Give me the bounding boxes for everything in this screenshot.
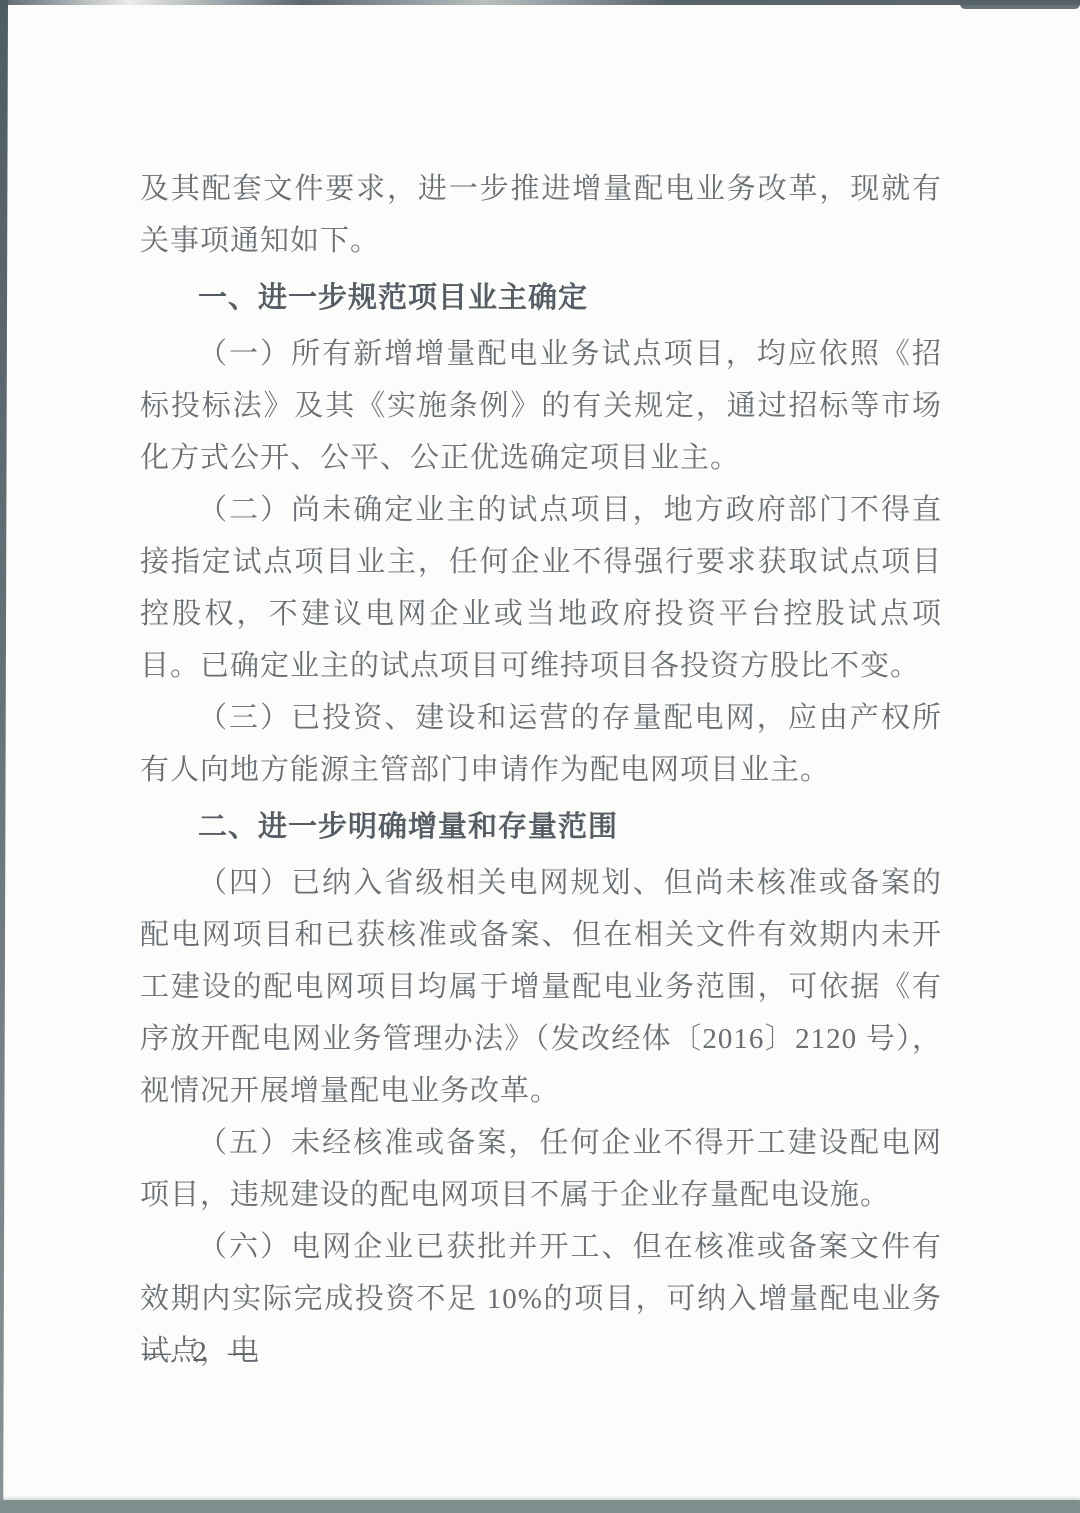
paragraph-continuation: 及其配套文件要求，进一步推进增量配电业务改革，现就有关事项通知如下。 [140, 163, 942, 267]
paragraph-item-5: （五）未经核准或备案，任何企业不得开工建设配电网项目，违规建设的配电网项目不属于… [140, 1117, 942, 1221]
page-number: — 2 — [142, 1332, 264, 1372]
paragraph-item-3: （三）已投资、建设和运营的存量配电网，应由产权所有人向地方能源主管部门申请作为配… [140, 692, 942, 796]
section-heading-1: 一、进一步规范项目业主确定 [140, 272, 942, 324]
document-body: 及其配套文件要求，进一步推进增量配电业务改革，现就有关事项通知如下。 一、进一步… [140, 163, 942, 1377]
paragraph-item-4: （四）已纳入省级相关电网规划、但尚未核准或备案的配电网项目和已获核准或备案、但在… [140, 857, 942, 1117]
paragraph-item-2: （二）尚未确定业主的试点项目，地方政府部门不得直接指定试点项目业主，任何企业不得… [140, 484, 942, 692]
scan-edge-left [0, 0, 8, 1513]
scan-edge-top [0, 0, 1080, 5]
document-page: 及其配套文件要求，进一步推进增量配电业务改革，现就有关事项通知如下。 一、进一步… [0, 0, 1080, 1513]
section-heading-2: 二、进一步明确增量和存量范围 [140, 801, 942, 853]
scan-edge-bottom [0, 1500, 1080, 1513]
scan-edge-top-right [960, 0, 1080, 9]
paragraph-item-1: （一）所有新增增量配电业务试点项目，均应依照《招标投标法》及其《实施条例》的有关… [140, 328, 942, 484]
